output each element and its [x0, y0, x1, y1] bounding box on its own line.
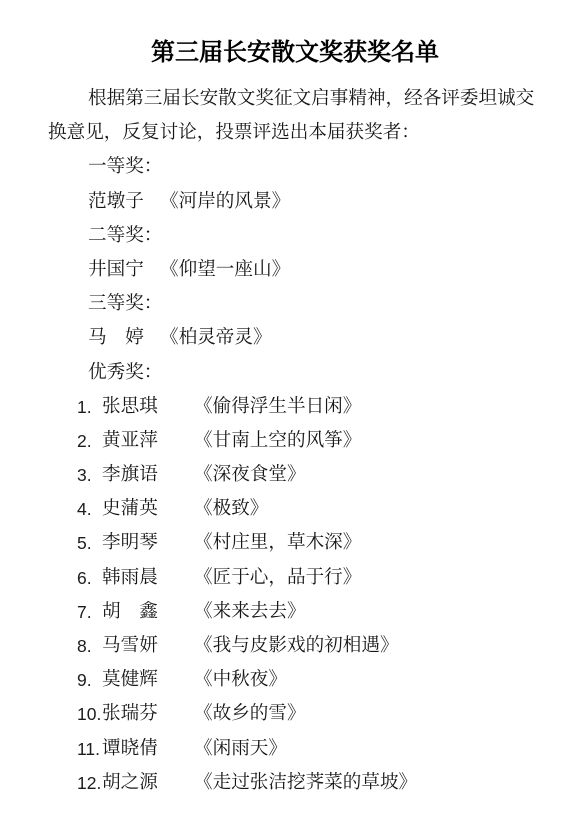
winner-work: 《走过张洁挖荠菜的草坡》 — [194, 766, 417, 800]
numbered-winner-row: 4. 史蒲英 《极致》 — [48, 492, 542, 526]
section-label-excellence-prize: 优秀奖： — [48, 356, 542, 390]
winner-name: 张思琪 — [102, 390, 194, 424]
winner-work: 《河岸的风景》 — [160, 185, 290, 219]
winner-row: 范墩子 《河岸的风景》 — [48, 185, 542, 219]
winner-work: 《故乡的雪》 — [194, 697, 306, 731]
numbered-winner-row: 2. 黄亚萍 《甘南上空的风筝》 — [48, 424, 542, 458]
winner-name: 马雪妍 — [102, 629, 194, 663]
numbered-winner-row: 6. 韩雨晨 《匠于心，品于行》 — [48, 561, 542, 595]
numbered-winner-row: 8. 马雪妍 《我与皮影戏的初相遇》 — [48, 629, 542, 663]
winner-work: 《闲雨天》 — [194, 732, 287, 766]
winner-name: 谭晓倩 — [102, 732, 194, 766]
winner-number: 12. — [77, 766, 102, 800]
numbered-winner-row: 1. 张思琪 《偷得浮生半日闲》 — [48, 390, 542, 424]
winner-number: 11. — [77, 732, 102, 766]
winner-number: 4. — [77, 492, 102, 526]
winner-name: 范墩子 — [88, 185, 160, 219]
section-label-first-prize: 一等奖： — [48, 150, 542, 184]
numbered-winner-row: 5. 李明琴 《村庄里，草木深》 — [48, 526, 542, 560]
winner-number: 8. — [77, 629, 102, 663]
winner-name: 马 婷 — [88, 321, 160, 355]
numbered-winner-row: 7. 胡 鑫 《来来去去》 — [48, 595, 542, 629]
numbered-winner-row: 9. 莫健辉 《中秋夜》 — [48, 663, 542, 697]
numbered-winner-row: 3. 李旗语 《深夜食堂》 — [48, 458, 542, 492]
winner-work: 《村庄里，草木深》 — [194, 526, 361, 560]
winner-row: 井国宁 《仰望一座山》 — [48, 253, 542, 287]
winner-name: 李旗语 — [102, 458, 194, 492]
winner-number: 3. — [77, 458, 102, 492]
intro-paragraph: 根据第三届长安散文奖征文启事精神，经各评委坦诚交换意见，反复讨论，投票评选出本届… — [48, 82, 542, 150]
winner-row: 马 婷 《柏灵帝灵》 — [48, 321, 542, 355]
document-title: 第三届长安散文奖获奖名单 — [48, 38, 542, 68]
winner-number: 2. — [77, 424, 102, 458]
winner-work: 《偷得浮生半日闲》 — [194, 390, 361, 424]
winner-work: 《深夜食堂》 — [194, 458, 306, 492]
winner-number: 1. — [77, 390, 102, 424]
winner-work: 《仰望一座山》 — [160, 253, 290, 287]
document-page: 第三届长安散文奖获奖名单 根据第三届长安散文奖征文启事精神，经各评委坦诚交换意见… — [0, 0, 585, 829]
numbered-winner-row: 10. 张瑞芬 《故乡的雪》 — [48, 697, 542, 731]
section-label-third-prize: 三等奖： — [48, 287, 542, 321]
numbered-winner-row: 11. 谭晓倩 《闲雨天》 — [48, 732, 542, 766]
winner-name: 张瑞芬 — [102, 697, 194, 731]
winner-name: 莫健辉 — [102, 663, 194, 697]
numbered-winner-row: 12. 胡之源 《走过张洁挖荠菜的草坡》 — [48, 766, 542, 800]
winner-number: 9. — [77, 663, 102, 697]
winner-work: 《中秋夜》 — [194, 663, 287, 697]
winner-name: 韩雨晨 — [102, 561, 194, 595]
winner-name: 李明琴 — [102, 526, 194, 560]
winner-name: 史蒲英 — [102, 492, 194, 526]
section-label-second-prize: 二等奖： — [48, 219, 542, 253]
winner-work: 《我与皮影戏的初相遇》 — [194, 629, 399, 663]
winner-name: 胡 鑫 — [102, 595, 194, 629]
winner-name: 黄亚萍 — [102, 424, 194, 458]
winner-number: 6. — [77, 561, 102, 595]
winner-work: 《极致》 — [194, 492, 268, 526]
winner-work: 《甘南上空的风筝》 — [194, 424, 361, 458]
winner-work: 《柏灵帝灵》 — [160, 321, 272, 355]
winner-name: 井国宁 — [88, 253, 160, 287]
winner-name: 胡之源 — [102, 766, 194, 800]
winner-work: 《匠于心，品于行》 — [194, 561, 361, 595]
winner-number: 10. — [77, 697, 102, 731]
winner-number: 5. — [77, 526, 102, 560]
winner-number: 7. — [77, 595, 102, 629]
winner-work: 《来来去去》 — [194, 595, 306, 629]
